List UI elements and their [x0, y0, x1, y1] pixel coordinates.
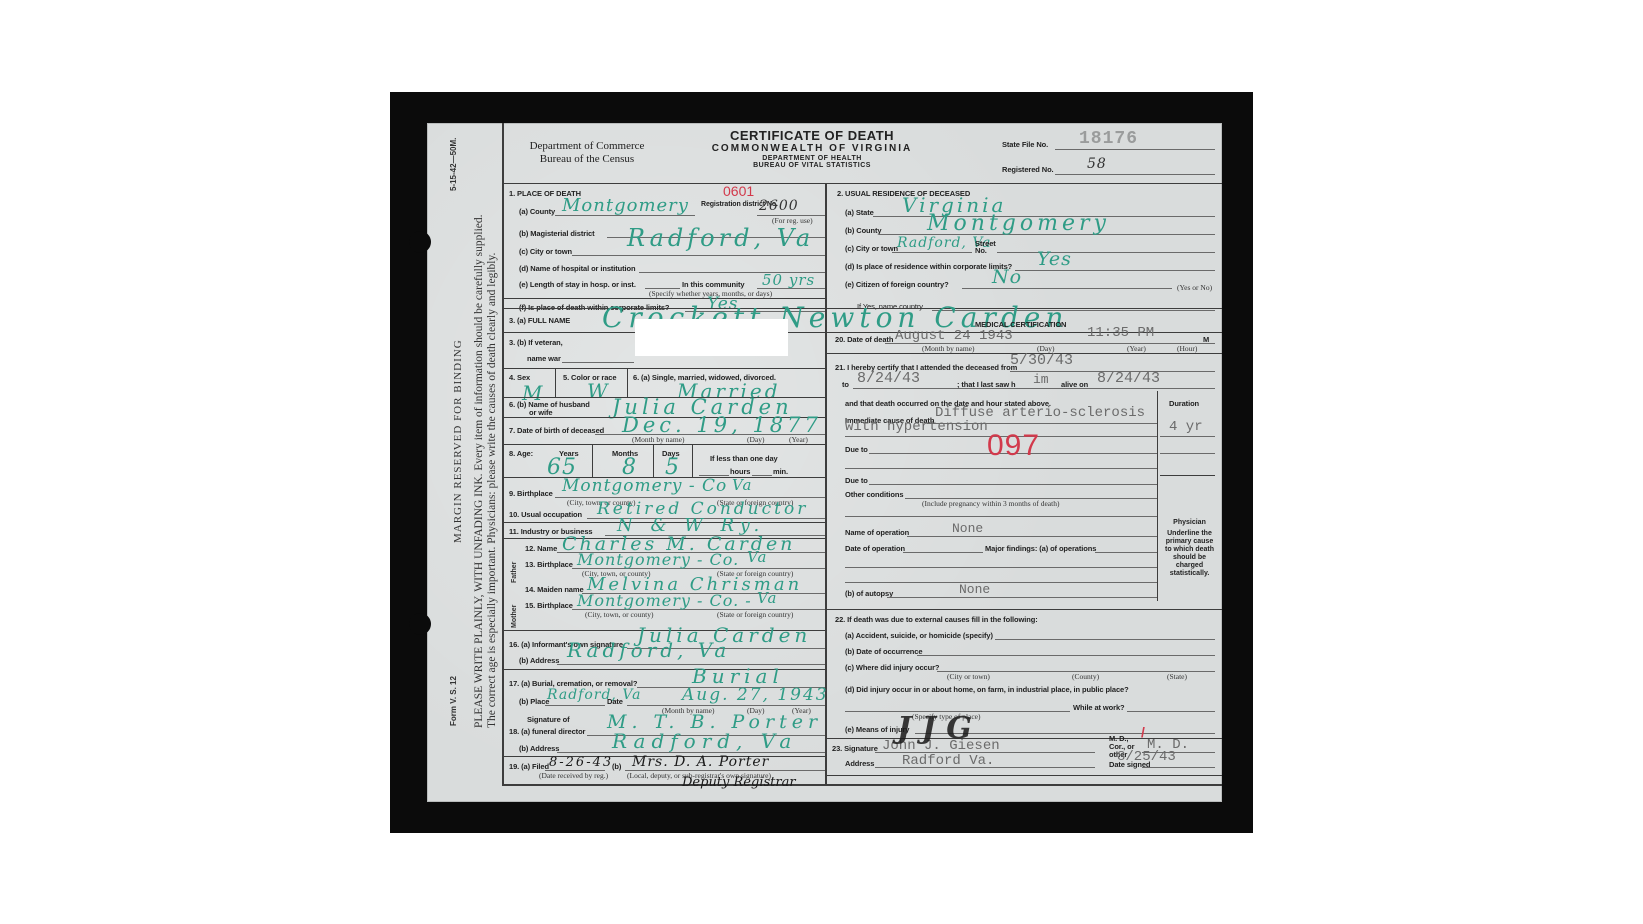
- cell-divider: [555, 368, 556, 397]
- duration-divider: [1157, 391, 1158, 601]
- filed-label: 19. (a) Filed: [509, 762, 549, 771]
- duration-line: [1160, 453, 1215, 454]
- registrar-label: (b): [612, 762, 621, 771]
- duration-line: [1160, 475, 1215, 476]
- street-line: [997, 252, 1215, 253]
- death-certificate: 5-15-42—50M. Form V. S. 12 MARGIN RESERV…: [427, 123, 1222, 802]
- full-name-label: 3. (a) FULL NAME: [509, 316, 570, 325]
- min-line: [752, 475, 772, 476]
- citizen-value: No: [992, 266, 1022, 288]
- certificate-header: CERTIFICATE OF DEATH COMMONWEALTH OF VIR…: [677, 128, 947, 169]
- operation-date-label: Date of operation: [845, 544, 905, 553]
- race-value: W: [587, 379, 609, 403]
- registrar-title: Deputy Registrar: [682, 775, 796, 790]
- due-to-label-2: Due to: [845, 476, 868, 485]
- res-city-label: (c) City or town: [845, 244, 898, 253]
- autopsy-value: None: [959, 582, 990, 597]
- occurrence-label: (b) Date of occurrence: [845, 647, 922, 656]
- operation-line: [907, 536, 1157, 537]
- findings-line-2: [845, 567, 1157, 568]
- accident-label: (a) Accident, suicide, or homicide (spec…: [845, 631, 993, 640]
- father-birthplace-state: Va: [747, 548, 767, 566]
- street-label: Street No.: [975, 240, 999, 254]
- margin-divider: [502, 123, 504, 785]
- veteran-label: 3. (b) If veteran,: [509, 338, 563, 347]
- magisterial-label: (b) Magisterial district: [519, 229, 595, 238]
- res-city-line: [892, 252, 972, 253]
- age-label: 8. Age:: [509, 449, 533, 458]
- duration-line: [1160, 436, 1215, 437]
- citizen-line: [962, 288, 1172, 289]
- work-line: [1127, 711, 1215, 712]
- mother-tag: Mother: [511, 605, 518, 628]
- due-to-line-2: [869, 484, 1157, 485]
- form-number: Form V. S. 12: [449, 676, 458, 726]
- autopsy-label: (b) of autopsy: [845, 589, 893, 598]
- occurrence-line: [917, 655, 1215, 656]
- state-file-label: State File No.: [1002, 140, 1048, 149]
- hours-label: hours: [730, 467, 750, 476]
- director-address-label: (b) Address: [519, 744, 559, 753]
- death-city: Radford, Va: [627, 224, 814, 252]
- spouse-label-line2: or wife: [509, 409, 590, 417]
- findings-label: Major findings: (a) of operations: [985, 544, 1096, 553]
- mother-city-note: (City, town, or county): [585, 610, 653, 619]
- filed-value: 8-26-43: [549, 755, 613, 770]
- war-label: name war: [527, 354, 561, 363]
- res-county-value: Montgomery: [927, 211, 1110, 236]
- cell-divider: [592, 444, 593, 477]
- accident-line: [995, 639, 1215, 640]
- attended-from: 5/30/43: [1010, 352, 1073, 369]
- certificate-title: CERTIFICATE OF DEATH: [677, 128, 947, 143]
- physician-note: Underline the primary cause to which dea…: [1162, 530, 1217, 578]
- where-city-note: (City or town): [947, 672, 990, 681]
- form-bottom: [502, 784, 1222, 786]
- red-district-code: 0601: [723, 183, 754, 199]
- burial-date-label: Date: [607, 697, 623, 706]
- pregnancy-note: (Include pregnancy within 3 months of de…: [922, 499, 1059, 508]
- registrar-value: Mrs. D. A. Porter: [632, 754, 769, 770]
- occupation-label: 10. Usual occupation: [509, 510, 582, 519]
- findings-line: [1095, 552, 1157, 553]
- cell-divider: [627, 368, 628, 397]
- city-line: [572, 255, 825, 256]
- cell-divider: [653, 444, 654, 477]
- where-label: (c) Where did injury occur?: [845, 663, 939, 672]
- filed-note: (Date received by reg.): [539, 771, 608, 780]
- m-label: M: [1203, 335, 1209, 344]
- operation-label: Name of operation: [845, 528, 909, 537]
- informant-address-value: Radford, Va: [567, 638, 730, 662]
- due-to-label-1: Due to: [845, 445, 868, 454]
- alive-on-value: 8/24/43: [1097, 370, 1160, 387]
- burial-place-line: [545, 705, 605, 706]
- bureau: BUREAU OF VITAL STATISTICS: [677, 162, 947, 169]
- father-birthplace-value: Montgomery - Co.: [577, 550, 739, 569]
- reg-district-value: 2600: [759, 198, 799, 214]
- dob-label: 7. Date of birth of deceased: [509, 426, 604, 435]
- mother-birthplace-state: Va: [757, 589, 777, 607]
- header-divider: [502, 183, 1222, 184]
- stay-label: (e) Length of stay in hosp. or inst.: [519, 280, 636, 289]
- burial-place-value: Radford, Va: [547, 687, 642, 703]
- signature-of-label: Signature of: [527, 715, 570, 724]
- dod-year-note: (Year): [1127, 344, 1146, 353]
- city-label: (c) City or town: [519, 247, 572, 256]
- external-heading: 22. If death was due to external causes …: [835, 615, 1038, 624]
- findings-line-3: [845, 582, 1157, 583]
- operation-date-line: [903, 552, 983, 553]
- res-state-label: (a) State: [845, 208, 874, 217]
- row-divider: [502, 298, 825, 299]
- row-divider: [502, 444, 825, 445]
- community-label: In this community: [682, 280, 744, 289]
- last-saw-label: ; that I last saw h: [957, 380, 1016, 389]
- spouse-label: 6. (b) Name of husband or wife: [509, 401, 590, 417]
- home-label: (d) Did injury occur in or about home, o…: [845, 685, 1129, 694]
- where-county-note: (County): [1072, 672, 1099, 681]
- certify-to-line: [853, 388, 1215, 389]
- dob-year-note: (Year): [789, 435, 808, 444]
- where-state-note: (State): [1167, 672, 1187, 681]
- min-label: min.: [773, 467, 788, 476]
- birthplace-value: Montgomery - Co: [562, 476, 727, 496]
- physician-address-value: Radford Va.: [902, 753, 994, 769]
- informant-address-line: [557, 664, 825, 665]
- other-conditions-label: Other conditions: [845, 490, 903, 499]
- physician-signature-scrawl: J J G: [897, 711, 972, 746]
- mother-birthplace-value: Montgomery - Co. -: [577, 591, 752, 610]
- while-at-work-label: While at work?: [1073, 703, 1125, 712]
- cause-value-2: with hypertension: [845, 419, 988, 435]
- father-birthplace-label: 13. Birthplace: [525, 560, 573, 569]
- alive-label: alive on: [1061, 380, 1088, 389]
- pronoun-value: im: [1033, 372, 1049, 387]
- director-address-value: Radford, Va: [612, 729, 797, 753]
- community-value: 50 yrs: [762, 271, 815, 289]
- department: DEPARTMENT OF HEALTH: [677, 155, 947, 162]
- citizen-label: (e) Citizen of foreign country?: [845, 280, 949, 289]
- registered-line: [1055, 174, 1215, 175]
- form-code: 5-15-42—50M.: [449, 138, 458, 191]
- registered-label: Registered No.: [1002, 165, 1054, 174]
- operation-value: None: [952, 521, 983, 536]
- dod-hour-note: (Hour): [1177, 344, 1197, 353]
- dod-time: 11:35 PM: [1087, 325, 1154, 341]
- date-signed-value: 8/25/43: [1117, 749, 1176, 765]
- federal-department: Department of Commerce Bureau of the Cen…: [512, 140, 662, 166]
- duration-label: Duration: [1169, 399, 1199, 408]
- cell-divider: [692, 444, 693, 477]
- war-line: [562, 362, 634, 363]
- veteran-divider: [502, 368, 825, 369]
- jurisdiction: COMMONWEALTH OF VIRGINIA: [677, 143, 947, 154]
- physician-sig-label: 23. Signature: [832, 744, 878, 753]
- date-signed-line: [1142, 767, 1215, 768]
- federal-dept-line1: Department of Commerce: [512, 140, 662, 153]
- attended-to: 8/24/43: [857, 370, 920, 387]
- instruction-line-1: PLEASE WRITE PLAINLY, WITH UNFADING INK.…: [473, 215, 485, 729]
- res-county-label: (b) County: [845, 226, 882, 235]
- res-corporate-label: (d) Is place of residence within corpora…: [845, 262, 1012, 271]
- less-than-day-label: If less than one day: [710, 454, 778, 463]
- birthplace-label: 9. Birthplace: [509, 489, 553, 498]
- redacted-block: [635, 319, 788, 356]
- red-checkmark: /: [1141, 724, 1145, 740]
- hospital-label: (d) Name of hospital or institution: [519, 264, 636, 273]
- dod-value: August 24 1943: [895, 328, 1013, 344]
- yes-no-note: (Yes or No): [1177, 283, 1212, 292]
- autopsy-line: [887, 597, 1157, 598]
- informant-address-label: (b) Address: [519, 656, 559, 665]
- dob-month-note: (Month by name): [632, 435, 685, 444]
- dob-day-note: (Day): [747, 435, 765, 444]
- duration-value: 4 yr: [1169, 419, 1203, 435]
- mother-birthplace-label: 15. Birthplace: [525, 601, 573, 610]
- red-cause-code: 097: [987, 429, 1040, 463]
- res-corporate-line: [1015, 270, 1215, 271]
- state-file-line: [1055, 149, 1215, 150]
- row-divider: [825, 775, 1222, 776]
- father-tag: Father: [511, 562, 518, 583]
- funeral-director-label: 18. (a) funeral director: [509, 727, 585, 736]
- federal-dept-line2: Bureau of the Census: [512, 153, 662, 166]
- county-label: (a) County: [519, 207, 555, 216]
- physician-label: Physician: [1162, 519, 1217, 526]
- physician-note-box: Physician Underline the primary cause to…: [1162, 519, 1217, 578]
- other-conditions-line-2: [845, 516, 1157, 517]
- father-name-label: 12. Name: [525, 544, 557, 553]
- to-label: to: [842, 380, 849, 389]
- mother-state-note: (State or foreign country): [717, 610, 793, 619]
- binding-hole: [409, 613, 431, 635]
- registered-number: 58: [1087, 156, 1107, 172]
- section-divider: [825, 609, 1222, 610]
- due-to-line-1b: [845, 468, 1157, 469]
- dod-month-note: (Month by name): [922, 344, 975, 353]
- state-file-number: 18176: [1079, 129, 1138, 149]
- res-corporate-value: Yes: [1037, 248, 1072, 270]
- physician-address-label: Address: [845, 759, 874, 768]
- binding-hole: [409, 231, 431, 253]
- instruction-line-2: The correct age is especially important.…: [486, 253, 498, 728]
- binding-margin-note: MARGIN RESERVED FOR BINDING: [452, 339, 464, 543]
- mother-name-label: 14. Maiden name: [525, 585, 584, 594]
- burial-date-value: Aug. 27, 1943: [682, 685, 829, 705]
- birthplace-state: Va: [732, 476, 752, 494]
- death-county: Montgomery: [562, 195, 689, 216]
